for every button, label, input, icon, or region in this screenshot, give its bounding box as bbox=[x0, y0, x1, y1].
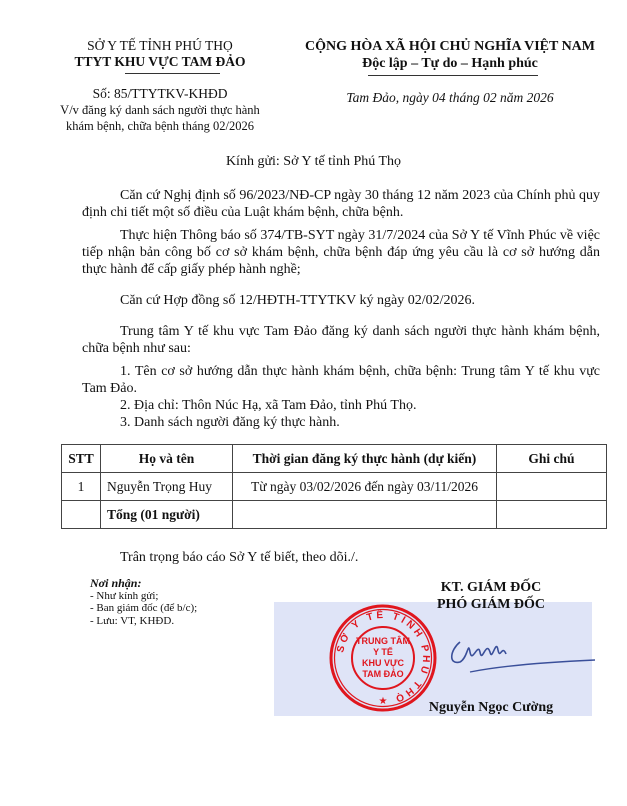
svg-text:TAM ĐẢO: TAM ĐẢO bbox=[362, 668, 403, 679]
closing-line: Trân trọng báo cáo Sở Y tế biết, theo dõ… bbox=[120, 550, 358, 566]
paragraph-contract: Căn cứ Hợp đồng số 12/HĐTH-TTYTKV ký ngà… bbox=[82, 292, 600, 309]
distribution-item: - Lưu: VT, KHĐD. bbox=[90, 615, 197, 628]
list-item-address: 2. Địa chỉ: Thôn Núc Hạ, xã Tam Đảo, tỉn… bbox=[82, 397, 600, 414]
table-row: 1 Nguyễn Trọng Huy Từ ngày 03/02/2026 đế… bbox=[62, 473, 607, 501]
addressee: Kính gửi: Sở Y tế tỉnh Phú Thọ bbox=[0, 154, 627, 170]
svg-text:TRUNG TÂM: TRUNG TÂM bbox=[356, 635, 410, 646]
cell-note bbox=[497, 473, 607, 501]
cell-total-label: Tổng (01 người) bbox=[101, 501, 233, 529]
svg-text:Y TẾ: Y TẾ bbox=[373, 647, 393, 657]
distribution-list: Nơi nhận: - Như kính gửi; - Ban giám đốc… bbox=[90, 577, 197, 627]
paragraph-registration: Trung tâm Y tế khu vực Tam Đảo đăng ký d… bbox=[82, 323, 600, 357]
list-item-facility: 1. Tên cơ sở hướng dẫn thực hành khám bệ… bbox=[82, 363, 600, 397]
column-header-period: Thời gian đăng ký thực hành (dự kiến) bbox=[233, 445, 497, 473]
list-item-list-title: 3. Danh sách người đăng ký thực hành. bbox=[82, 414, 600, 431]
official-seal-icon: SỞ Y TẾ TỈNH PHÚ THỌ TRUNG TÂM Y TẾ KHU … bbox=[328, 603, 438, 713]
header-divider bbox=[125, 73, 220, 74]
reference-number: Số: 85/TTYTKV-KHĐD bbox=[40, 86, 280, 102]
paragraph-legal-basis-1: Căn cứ Nghị định số 96/2023/NĐ-CP ngày 3… bbox=[82, 187, 600, 221]
cell-stt: 1 bbox=[62, 473, 101, 501]
column-header-name: Họ và tên bbox=[101, 445, 233, 473]
cell-period: Từ ngày 03/02/2026 đến ngày 03/11/2026 bbox=[233, 473, 497, 501]
practitioner-table: STT Họ và tên Thời gian đăng ký thực hàn… bbox=[61, 444, 607, 529]
column-header-stt: STT bbox=[62, 445, 101, 473]
cell-total-period bbox=[233, 501, 497, 529]
signature-title-line-1: KT. GIÁM ĐỐC bbox=[396, 579, 586, 596]
cell-total-note bbox=[497, 501, 607, 529]
parent-agency: SỞ Y TẾ TỈNH PHÚ THỌ bbox=[40, 38, 280, 54]
motto-divider bbox=[368, 75, 538, 76]
signer-name: Nguyễn Ngọc Cường bbox=[396, 700, 586, 716]
svg-text:★: ★ bbox=[379, 696, 388, 707]
column-header-note: Ghi chú bbox=[497, 445, 607, 473]
cell-name: Nguyễn Trọng Huy bbox=[101, 473, 233, 501]
handwritten-signature-icon bbox=[440, 630, 600, 680]
paragraph-legal-basis-2: Thực hiện Thông báo số 374/TB-SYT ngày 3… bbox=[82, 227, 600, 278]
place-and-date: Tam Đảo, ngày 04 tháng 02 năm 2026 bbox=[280, 90, 620, 106]
issuing-agency-block: SỞ Y TẾ TỈNH PHÚ THỌ TTYT KHU VỰC TAM ĐẢ… bbox=[40, 38, 280, 134]
country-name: CỘNG HÒA XÃ HỘI CHỦ NGHĨA VIỆT NAM bbox=[280, 38, 620, 55]
national-motto: Độc lập – Tự do – Hạnh phúc bbox=[280, 55, 620, 72]
svg-text:KHU VỰC: KHU VỰC bbox=[362, 658, 404, 668]
cell-total-stt bbox=[62, 501, 101, 529]
subject-line-2: khám bệnh, chữa bệnh tháng 02/2026 bbox=[40, 118, 280, 134]
distribution-item: - Ban giám đốc (để b/c); bbox=[90, 602, 197, 615]
distribution-title: Nơi nhận: bbox=[90, 577, 197, 590]
issuing-unit: TTYT KHU VỰC TAM ĐẢO bbox=[40, 54, 280, 70]
distribution-item: - Như kính gửi; bbox=[90, 590, 197, 603]
subject-line-1: V/v đăng ký danh sách người thực hành bbox=[40, 102, 280, 118]
table-total-row: Tổng (01 người) bbox=[62, 501, 607, 529]
national-header-block: CỘNG HÒA XÃ HỘI CHỦ NGHĨA VIỆT NAM Độc l… bbox=[280, 38, 620, 106]
table-header-row: STT Họ và tên Thời gian đăng ký thực hàn… bbox=[62, 445, 607, 473]
